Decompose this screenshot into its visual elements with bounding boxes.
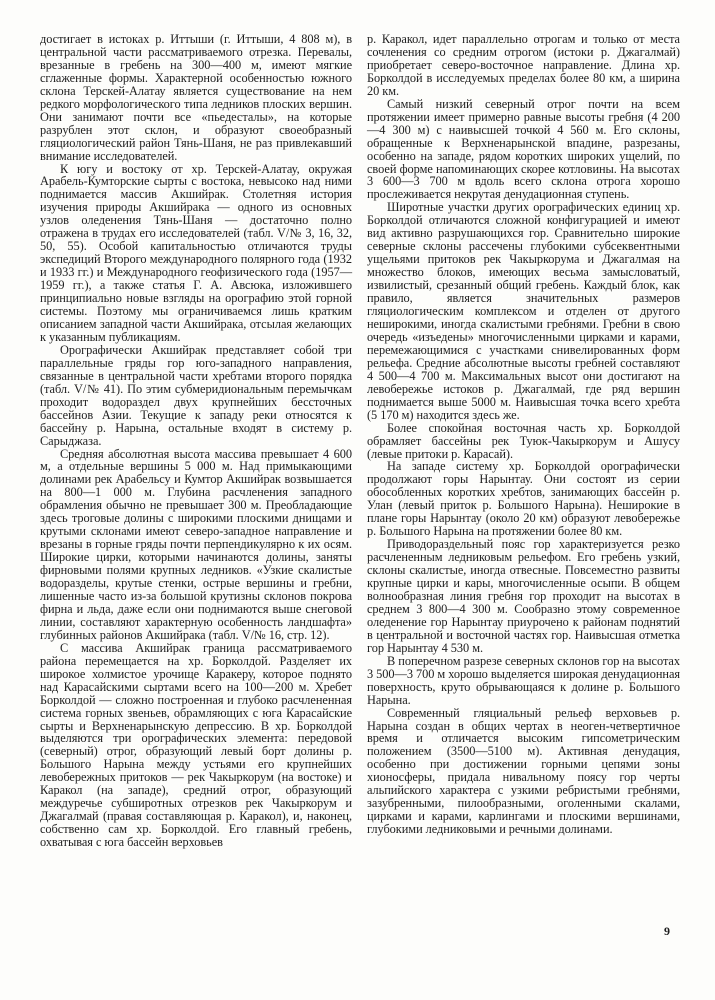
paragraph: С массива Акшийрак граница рассматриваем… bbox=[40, 642, 352, 849]
paragraph: Современный гляциальный рельеф верховьев… bbox=[367, 707, 680, 837]
paragraph: достигает в истоках р. Иттыши (г. Иттыши… bbox=[40, 33, 352, 163]
paragraph: Средняя абсолютная высота массива превыш… bbox=[40, 448, 352, 642]
paragraph: Самый низкий северный отрог почти на все… bbox=[367, 98, 680, 202]
page-number: 9 bbox=[664, 924, 670, 939]
left-text-column: достигает в истоках р. Иттыши (г. Иттыши… bbox=[40, 33, 352, 849]
paragraph: р. Каракол, идет параллельно отрогам и т… bbox=[367, 33, 680, 98]
paragraph: Приводораздельный пояс гор характеризует… bbox=[367, 538, 680, 655]
paragraph: К югу и востоку от хр. Терскей-Алатау, о… bbox=[40, 163, 352, 344]
paragraph: На западе систему хр. Борколдой орографи… bbox=[367, 460, 680, 538]
right-text-column: р. Каракол, идет параллельно отрогам и т… bbox=[367, 33, 680, 836]
paragraph: Более спокойная восточная часть хр. Борк… bbox=[367, 422, 680, 461]
paragraph: Орографически Акшийрак представляет собо… bbox=[40, 344, 352, 448]
paragraph: Широтные участки других орографических е… bbox=[367, 201, 680, 421]
paragraph: В поперечном разрезе северных склонов го… bbox=[367, 655, 680, 707]
